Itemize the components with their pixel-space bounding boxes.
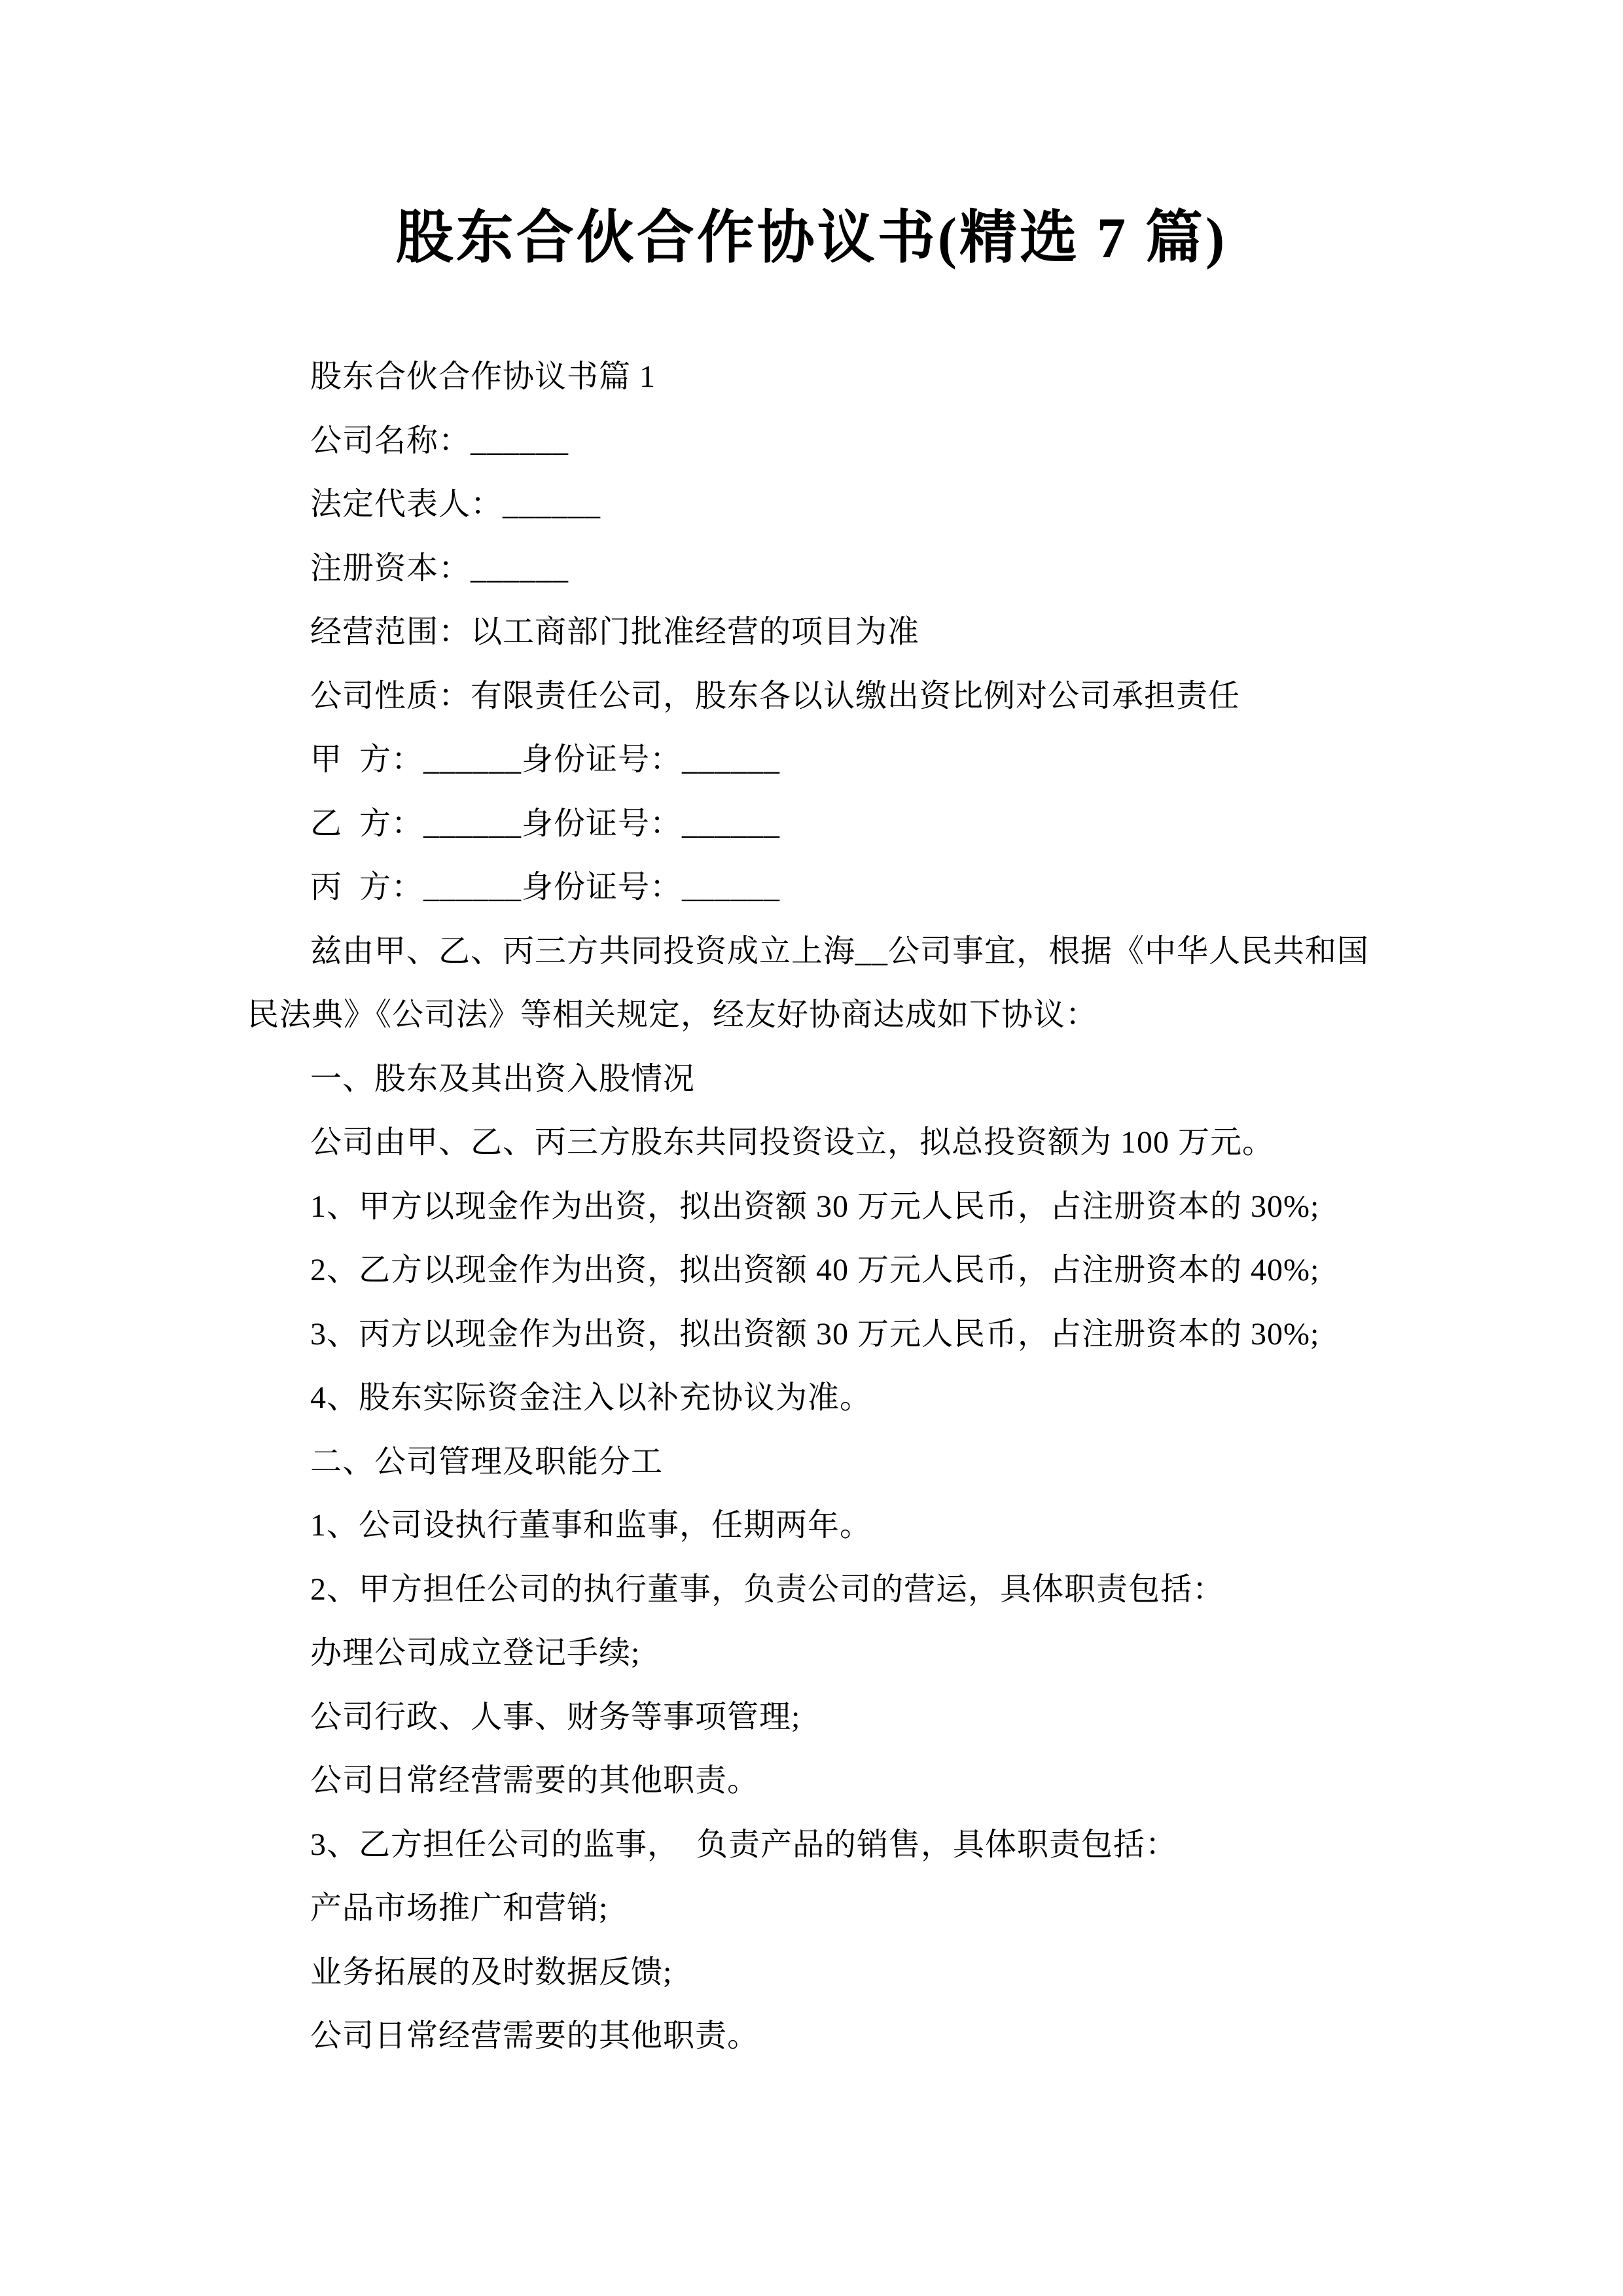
paragraph-line: 民法典》《公司法》等相关规定，经友好协商达成如下协议： xyxy=(247,983,1382,1047)
paragraph-line: 公司由甲、乙、丙三方股东共同投资设立，拟总投资额为 100 万元。 xyxy=(247,1111,1382,1175)
paragraph-line: 3、乙方担任公司的监事， 负责产品的销售，具体职责包括： xyxy=(247,1813,1382,1877)
paragraph-line: 兹由甲、乙、丙三方共同投资成立上海__公司事宜，根据《中华人民共和国 xyxy=(247,920,1382,984)
paragraph-line: 1、公司设执行董事和监事，任期两年。 xyxy=(247,1494,1382,1558)
paragraph-line: 一、股东及其出资入股情况 xyxy=(247,1047,1382,1111)
paragraph-line: 二、公司管理及职能分工 xyxy=(247,1430,1382,1494)
paragraph-line: 产品市场推广和营销; xyxy=(247,1876,1382,1941)
paragraph-line: 4、股东实际资金注入以补充协议为准。 xyxy=(247,1366,1382,1430)
paragraph-line: 丙 方：______身份证号：______ xyxy=(247,855,1382,920)
paragraph-line: 公司日常经营需要的其他职责。 xyxy=(247,2004,1382,2068)
paragraph-line: 注册资本：______ xyxy=(247,537,1382,601)
paragraph-line: 2、甲方担任公司的执行董事，负责公司的营运，具体职责包括： xyxy=(247,1558,1382,1622)
paragraph-line: 公司名称：______ xyxy=(247,409,1382,473)
paragraph-line: 公司性质：有限责任公司，股东各以认缴出资比例对公司承担责任 xyxy=(247,664,1382,728)
paragraph-line: 乙 方：______身份证号：______ xyxy=(247,792,1382,856)
paragraph-line: 办理公司成立登记手续; xyxy=(247,1621,1382,1685)
document-title: 股东合伙合作协议书(精选 7 篇) xyxy=(0,204,1623,274)
paragraph-line: 2、乙方以现金作为出资，拟出资额 40 万元人民币，占注册资本的 40%; xyxy=(247,1238,1382,1302)
paragraph-line: 公司行政、人事、财务等事项管理; xyxy=(247,1685,1382,1749)
paragraph-line: 法定代表人：______ xyxy=(247,473,1382,537)
paragraph-line: 业务拓展的及时数据反馈; xyxy=(247,1941,1382,2005)
document-page: 股东合伙合作协议书(精选 7 篇) 股东合伙合作协议书篇 1公司名称：_____… xyxy=(0,0,1623,2296)
paragraph-line: 股东合伙合作协议书篇 1 xyxy=(247,345,1382,409)
document-body: 股东合伙合作协议书篇 1公司名称：______法定代表人：______注册资本：… xyxy=(247,345,1382,2068)
paragraph-line: 1、甲方以现金作为出资，拟出资额 30 万元人民币，占注册资本的 30%; xyxy=(247,1175,1382,1239)
paragraph-line: 3、丙方以现金作为出资，拟出资额 30 万元人民币，占注册资本的 30%; xyxy=(247,1302,1382,1367)
paragraph-line: 公司日常经营需要的其他职责。 xyxy=(247,1749,1382,1813)
paragraph-line: 甲 方：______身份证号：______ xyxy=(247,728,1382,792)
paragraph-line: 经营范围：以工商部门批准经营的项目为准 xyxy=(247,600,1382,664)
